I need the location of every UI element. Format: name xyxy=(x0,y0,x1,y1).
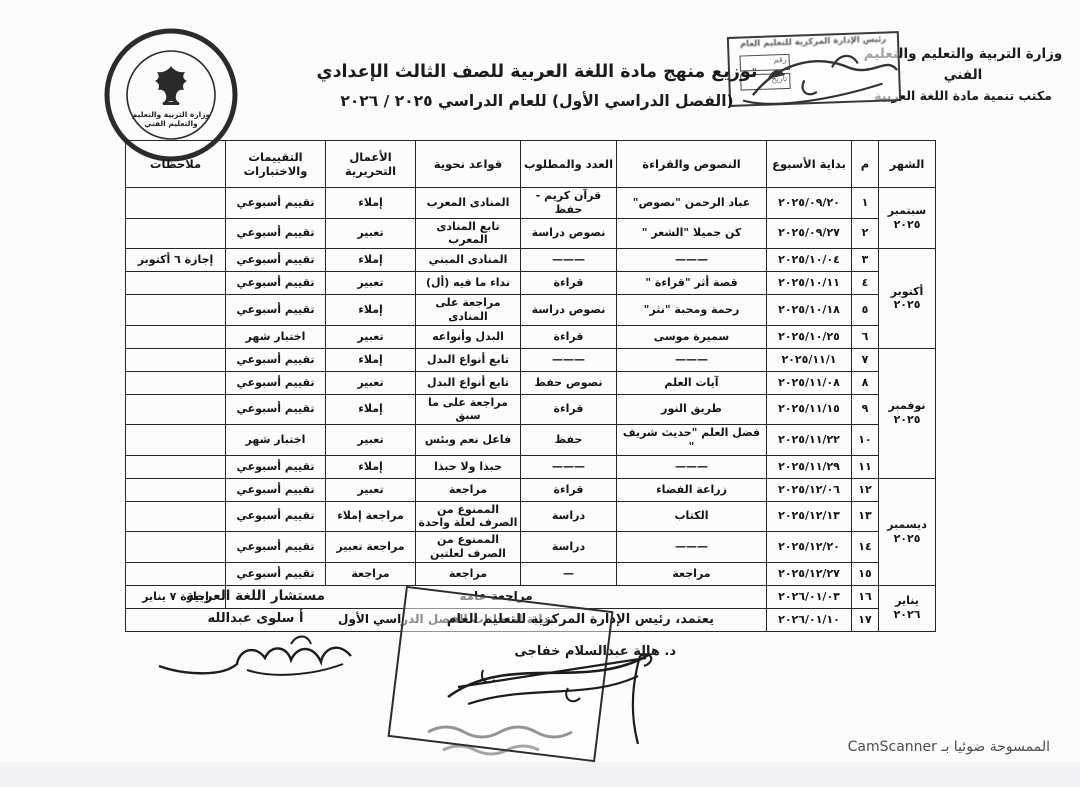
week-start-date-cell: ٢٠٢٥/١٠/١٨ xyxy=(767,295,852,326)
written-work-cell: مراجعة إملاء xyxy=(326,501,416,532)
texts-reading-cell: ——— xyxy=(617,249,767,272)
notes-cell xyxy=(126,394,226,425)
table-row: ١٠٢٠٢٥/١١/٢٢فضل العلم "حديث شريف "حفظفاع… xyxy=(126,425,936,456)
column-header-5: قواعد نحوية xyxy=(416,141,521,188)
week-start-date-cell: ٢٠٢٥/٠٩/٢٧ xyxy=(767,218,852,249)
office-stamp-header: رئيس الإدارة المركزية للتعليم العام xyxy=(733,34,893,50)
row-number-cell: ٤ xyxy=(852,272,879,295)
week-start-date-cell: ٢٠٢٦/٠١/١٠ xyxy=(767,608,852,631)
notes-cell xyxy=(126,425,226,456)
column-header-7: التقييمات والاختبارات xyxy=(226,141,326,188)
column-header-1: م xyxy=(852,141,879,188)
count-required-cell: ——— xyxy=(521,249,617,272)
week-start-date-cell: ٢٠٢٥/١٢/١٣ xyxy=(767,501,852,532)
week-start-date-cell: ٢٠٢٥/١١/٠٨ xyxy=(767,371,852,394)
grammar-rules-cell: فاعل نعم وبئس xyxy=(416,425,521,456)
table-row: سبتمبر ٢٠٢٥١٢٠٢٥/٠٩/٢٠عباد الرحمن "نصوص"… xyxy=(126,188,936,219)
table-row: ٥٢٠٢٥/١٠/١٨رحمة ومحبة "نثر"نصوص دراسةمرا… xyxy=(126,295,936,326)
notes-cell xyxy=(126,325,226,348)
seal-center-text-2: والتعليم الفني xyxy=(144,119,198,128)
notes-cell xyxy=(126,188,226,219)
count-required-cell: قراءة xyxy=(521,478,617,501)
week-start-date-cell: ٢٠٢٦/٠١/٠٣ xyxy=(767,585,852,608)
table-row: ٤٢٠٢٥/١٠/١١قصة أثر "قراءة "قراءةنداء ما … xyxy=(126,272,936,295)
grammar-rules-cell: تابع المنادى المعرب xyxy=(416,218,521,249)
texts-reading-cell: الكتاب xyxy=(617,501,767,532)
row-number-cell: ٦ xyxy=(852,325,879,348)
grammar-rules-cell: مراجعة على المنادى xyxy=(416,295,521,326)
grammar-rules-cell: الممنوع من الصرف لعلتين xyxy=(416,532,521,563)
month-cell: نوفمبر ٢٠٢٥ xyxy=(879,348,936,478)
week-start-date-cell: ٢٠٢٥/١٠/٠٤ xyxy=(767,249,852,272)
row-number-cell: ٧ xyxy=(852,348,879,371)
notes-cell xyxy=(126,455,226,478)
document-title: توزيع منهج مادة اللغة العربية للصف الثال… xyxy=(292,62,782,82)
week-start-date-cell: ٢٠٢٥/١١/٢٩ xyxy=(767,455,852,478)
count-required-cell: دراسة xyxy=(521,532,617,563)
texts-reading-cell: كن جميلا "الشعر " xyxy=(617,218,767,249)
notes-cell xyxy=(126,348,226,371)
grammar-rules-cell: المنادى المبني xyxy=(416,249,521,272)
assessment-cell: تقييم أسبوعي xyxy=(226,371,326,394)
row-number-cell: ١٥ xyxy=(852,562,879,585)
column-header-3: النصوص والقراءة xyxy=(617,141,767,188)
advisor-title: مستشار اللغة العربية xyxy=(148,588,363,604)
notes-cell xyxy=(126,272,226,295)
week-start-date-cell: ٢٠٢٥/٠٩/٢٠ xyxy=(767,188,852,219)
table-row: نوفمبر ٢٠٢٥٧٢٠٢٥/١١/١——————تابع أنواع ال… xyxy=(126,348,936,371)
texts-reading-cell: طريق النور xyxy=(617,394,767,425)
row-number-cell: ١٤ xyxy=(852,532,879,563)
written-work-cell: إملاء xyxy=(326,188,416,219)
texts-reading-cell: سميرة موسى xyxy=(617,325,767,348)
assessment-cell: تقييم أسبوعي xyxy=(226,188,326,219)
table-row: ١١٢٠٢٥/١١/٢٩——————حبذا ولا حبذاإملاءتقيي… xyxy=(126,455,936,478)
assessment-cell: تقييم أسبوعي xyxy=(226,295,326,326)
table-row: ديسمبر ٢٠٢٥١٢٢٠٢٥/١٢/٠٦زراعة الفضاءقراءة… xyxy=(126,478,936,501)
written-work-cell: مراجعة تعبير xyxy=(326,532,416,563)
grammar-rules-cell: مراجعة على ما سبق xyxy=(416,394,521,425)
count-required-cell: ——— xyxy=(521,348,617,371)
assessment-cell: تقييم أسبوعي xyxy=(226,532,326,563)
count-required-cell: نصوص حفظ xyxy=(521,371,617,394)
assessment-cell: تقييم أسبوعي xyxy=(226,218,326,249)
table-row: ٢٢٠٢٥/٠٩/٢٧كن جميلا "الشعر "نصوص دراسةتا… xyxy=(126,218,936,249)
notes-cell xyxy=(126,295,226,326)
month-cell: سبتمبر ٢٠٢٥ xyxy=(879,188,936,249)
document-subtitle: (الفصل الدراسي الأول) للعام الدراسي ٢٠٢٥… xyxy=(292,92,782,110)
texts-reading-cell: ——— xyxy=(617,348,767,371)
row-number-cell: ١٣ xyxy=(852,501,879,532)
written-work-cell: تعبير xyxy=(326,371,416,394)
grammar-rules-cell: الممنوع من الصرف لعلة واحدة xyxy=(416,501,521,532)
notes-cell xyxy=(126,478,226,501)
row-number-cell: ٢ xyxy=(852,218,879,249)
texts-reading-cell: ——— xyxy=(617,532,767,563)
written-work-cell: إملاء xyxy=(326,348,416,371)
notes-cell xyxy=(126,562,226,585)
advisor-signature-block: مستشار اللغة العربية أ سلوى عبدالله xyxy=(148,588,363,692)
table-row: أكتوبر ٢٠٢٥٣٢٠٢٥/١٠/٠٤——————المنادى المب… xyxy=(126,249,936,272)
seal-center-text-1: وزارة التربية والتعليم xyxy=(132,110,211,119)
row-number-cell: ٨ xyxy=(852,371,879,394)
written-work-cell: إملاء xyxy=(326,455,416,478)
column-header-0: الشهر xyxy=(879,141,936,188)
grammar-rules-cell: تابع أنواع البدل xyxy=(416,371,521,394)
assessment-cell: تقييم أسبوعي xyxy=(226,249,326,272)
written-work-cell: تعبير xyxy=(326,218,416,249)
texts-reading-cell: مراجعة xyxy=(617,562,767,585)
table-row: ١٤٢٠٢٥/١٢/٢٠———دراسةالممنوع من الصرف لعل… xyxy=(126,532,936,563)
grammar-rules-cell: حبذا ولا حبذا xyxy=(416,455,521,478)
column-header-8: ملاحظات xyxy=(126,141,226,188)
written-work-cell: إملاء xyxy=(326,394,416,425)
texts-reading-cell: آيات العلم xyxy=(617,371,767,394)
week-start-date-cell: ٢٠٢٥/١٠/٢٥ xyxy=(767,325,852,348)
texts-reading-cell: ——— xyxy=(617,455,767,478)
count-required-cell: نصوص دراسة xyxy=(521,295,617,326)
assessment-cell: تقييم أسبوعي xyxy=(226,455,326,478)
week-start-date-cell: ٢٠٢٥/١٢/٢٧ xyxy=(767,562,852,585)
row-number-cell: ٥ xyxy=(852,295,879,326)
row-number-cell: ١٠ xyxy=(852,425,879,456)
column-header-4: العدد والمطلوب xyxy=(521,141,617,188)
written-work-cell: تعبير xyxy=(326,425,416,456)
month-cell: أكتوبر ٢٠٢٥ xyxy=(879,249,936,349)
eagle-icon xyxy=(155,66,187,105)
approval-block: يعتمد، رئيس الإدارة المركزية للتعليم الع… xyxy=(388,592,718,767)
table-row: ٩٢٠٢٥/١١/١٥طريق النورقراءةمراجعة على ما … xyxy=(126,394,936,425)
table-row: ٦٢٠٢٥/١٠/٢٥سميرة موسىقراءةالبدل وأنواعهت… xyxy=(126,325,936,348)
notes-cell: إجازة ٦ أكتوبر xyxy=(126,249,226,272)
week-start-date-cell: ٢٠٢٥/١١/٢٢ xyxy=(767,425,852,456)
count-required-cell: حفظ xyxy=(521,425,617,456)
table-row: ٨٢٠٢٥/١١/٠٨آيات العلمنصوص حفظتابع أنواع … xyxy=(126,371,936,394)
grammar-rules-cell: نداء ما فيه (أل) xyxy=(416,272,521,295)
texts-reading-cell: فضل العلم "حديث شريف " xyxy=(617,425,767,456)
approver-handwritten-signature xyxy=(388,592,718,767)
texts-reading-cell: زراعة الفضاء xyxy=(617,478,767,501)
assessment-cell: اختبار شهر xyxy=(226,425,326,456)
count-required-cell: دراسة xyxy=(521,501,617,532)
notes-cell xyxy=(126,218,226,249)
count-required-cell: قراءة xyxy=(521,394,617,425)
scan-footer-strip xyxy=(0,762,1080,787)
texts-reading-cell: عباد الرحمن "نصوص" xyxy=(617,188,767,219)
month-cell: يناير ٢٠٢٦ xyxy=(879,585,936,631)
advisor-name: أ سلوى عبدالله xyxy=(148,611,363,626)
seal-ring-text: MINISTRY OF EDUCATION AND TECHNICAL EDUC… xyxy=(95,26,100,29)
header-row: الشهرمبداية الأسبوعالنصوص والقراءةالعدد … xyxy=(126,141,936,188)
assessment-cell: اختبار شهر xyxy=(226,325,326,348)
grammar-rules-cell: مراجعة xyxy=(416,562,521,585)
assessment-cell: تقييم أسبوعي xyxy=(226,348,326,371)
week-start-date-cell: ٢٠٢٥/١٢/٠٦ xyxy=(767,478,852,501)
written-work-cell: تعبير xyxy=(326,478,416,501)
written-work-cell: إملاء xyxy=(326,249,416,272)
assessment-cell: تقييم أسبوعي xyxy=(226,562,326,585)
assessment-cell: تقييم أسبوعي xyxy=(226,272,326,295)
written-work-cell: إملاء xyxy=(326,295,416,326)
week-start-date-cell: ٢٠٢٥/١١/١٥ xyxy=(767,394,852,425)
week-start-date-cell: ٢٠٢٥/١٠/١١ xyxy=(767,272,852,295)
notes-cell xyxy=(126,501,226,532)
camscanner-watermark: الممسوحة ضوئيا بـ CamScanner xyxy=(848,739,1050,755)
count-required-cell: — xyxy=(521,562,617,585)
schedule-table: الشهرمبداية الأسبوعالنصوص والقراءةالعدد … xyxy=(125,140,936,632)
column-header-2: بداية الأسبوع xyxy=(767,141,852,188)
table-row: ١٥٢٠٢٥/١٢/٢٧مراجعة—مراجعةمراجعةتقييم أسب… xyxy=(126,562,936,585)
row-number-cell: ١١ xyxy=(852,455,879,478)
grammar-rules-cell: البدل وأنواعه xyxy=(416,325,521,348)
assessment-cell: تقييم أسبوعي xyxy=(226,478,326,501)
document-title-block: توزيع منهج مادة اللغة العربية للصف الثال… xyxy=(292,62,782,110)
assessment-cell: تقييم أسبوعي xyxy=(226,394,326,425)
svg-text:MINISTRY OF EDUCATION AND TECH: MINISTRY OF EDUCATION AND TECHNICAL EDUC… xyxy=(95,26,100,29)
texts-reading-cell: رحمة ومحبة "نثر" xyxy=(617,295,767,326)
scanned-document-page: MINISTRY OF EDUCATION AND TECHNICAL EDUC… xyxy=(0,0,1080,787)
advisor-handwritten-signature xyxy=(151,626,361,688)
row-number-cell: ١٢ xyxy=(852,478,879,501)
grammar-rules-cell: المنادى المعرب xyxy=(416,188,521,219)
assessment-cell: تقييم أسبوعي xyxy=(226,501,326,532)
texts-reading-cell: قصة أثر "قراءة " xyxy=(617,272,767,295)
notes-cell xyxy=(126,532,226,563)
grammar-rules-cell: مراجعة xyxy=(416,478,521,501)
notes-cell xyxy=(126,371,226,394)
written-work-cell: تعبير xyxy=(326,272,416,295)
count-required-cell: قراءة xyxy=(521,272,617,295)
grammar-rules-cell: تابع أنواع البدل xyxy=(416,348,521,371)
row-number-cell: ٩ xyxy=(852,394,879,425)
row-number-cell: ١ xyxy=(852,188,879,219)
written-work-cell: مراجعة xyxy=(326,562,416,585)
table-row: ١٣٢٠٢٥/١٢/١٣الكتابدراسةالممنوع من الصرف … xyxy=(126,501,936,532)
count-required-cell: قراءة xyxy=(521,325,617,348)
row-number-cell: ٣ xyxy=(852,249,879,272)
column-header-6: الأعمال التحريرية xyxy=(326,141,416,188)
week-start-date-cell: ٢٠٢٥/١١/١ xyxy=(767,348,852,371)
row-number-cell: ١٦ xyxy=(852,585,879,608)
week-start-date-cell: ٢٠٢٥/١٢/٢٠ xyxy=(767,532,852,563)
month-cell: ديسمبر ٢٠٢٥ xyxy=(879,478,936,585)
count-required-cell: نصوص دراسة xyxy=(521,218,617,249)
count-required-cell: قرآن كريم - حفظ xyxy=(521,188,617,219)
written-work-cell: تعبير xyxy=(326,325,416,348)
count-required-cell: ——— xyxy=(521,455,617,478)
row-number-cell: ١٧ xyxy=(852,608,879,631)
